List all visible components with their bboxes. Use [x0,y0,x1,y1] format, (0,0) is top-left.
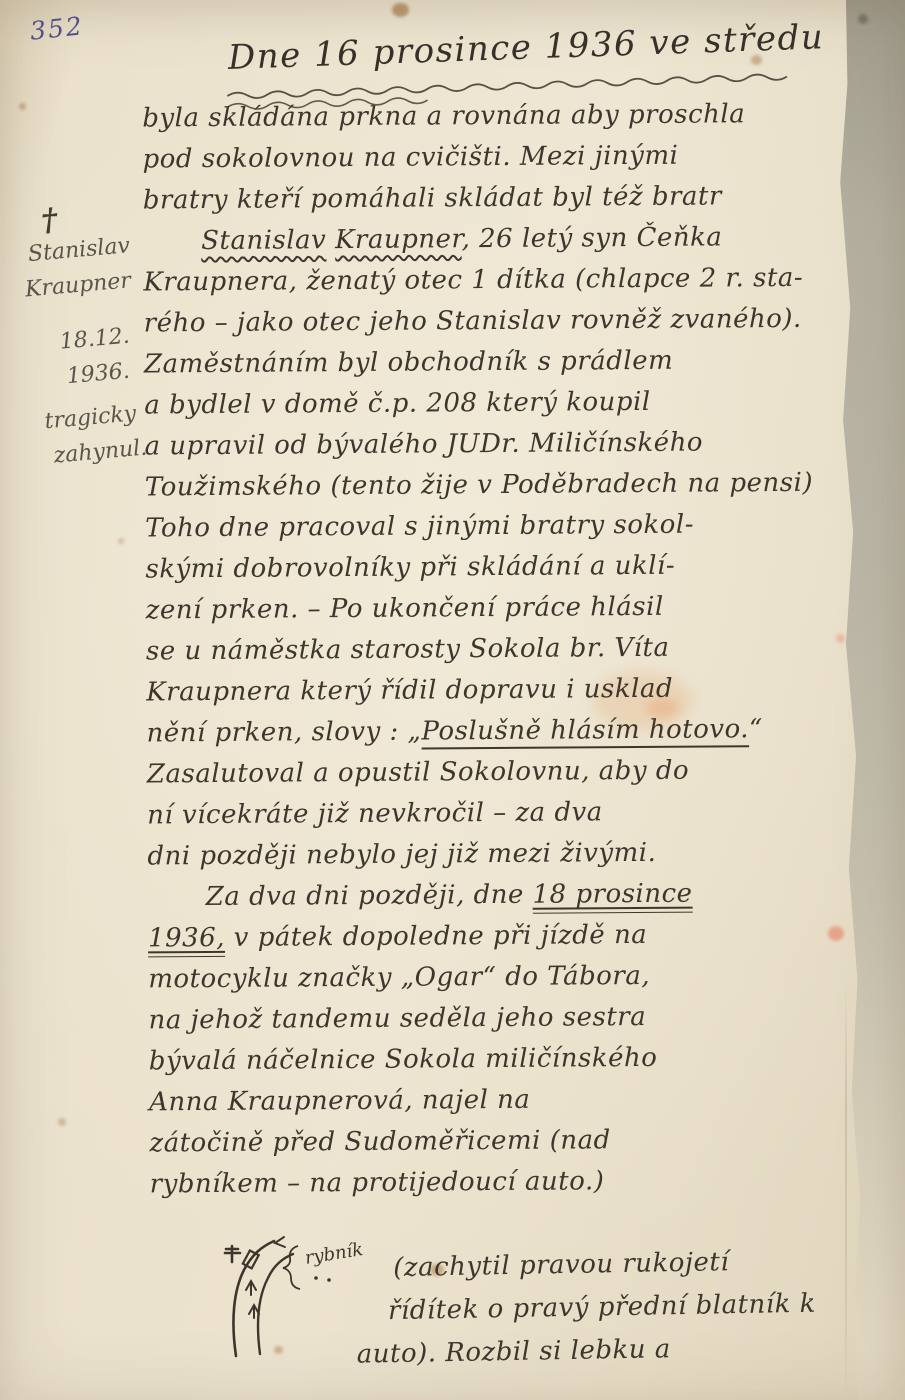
text-segment: se u náměstka starosty Sokola br. Víta [146,633,670,667]
handwritten-line: zení prken. – Po ukončení práce hlásil [146,586,846,632]
text-segment: bratry kteří pomáhali skládat byl též br… [143,181,722,215]
text-segment: dni později nebylo jej již mezi živými. [147,838,656,872]
text-segment [326,225,335,255]
after-sketch-lines: (zachytil pravou rukojetířídítek o pravý… [351,1238,898,1376]
handwritten-line: motocyklu značky „Ogar“ do Tábora, [148,955,848,1001]
underlined-text: 18 prosince [532,879,692,914]
text-segment: , 26 letý syn Čeňka [461,222,722,254]
oncoming-arrow [275,1237,285,1247]
underlined-text: Poslušně hlásím hotovo. [421,714,749,746]
handwriting-body: byla skládána prkna a rovnána aby prosch… [142,94,850,1206]
handwritten-line: bratry kteří pomáhali skládat byl též br… [143,176,843,222]
text-segment: nění prken, slovy : „ [146,717,421,749]
handwritten-line: a upravil od bývalého JUDr. Miličínského [144,422,844,468]
handwritten-line: byla skládána prkna a rovnána aby prosch… [142,94,842,140]
underlined-text: Kraupner [335,224,462,255]
handwritten-line: skými dobrovolníky při skládání a uklí- [145,545,845,591]
handwritten-line: a bydlel v domě č.p. 208 který koupil [144,381,844,427]
age-spot [19,103,26,110]
text-segment: a upravil od bývalého JUDr. Miličínského [144,428,703,462]
page-number: 352 [29,11,85,45]
age-spot [118,538,124,544]
text-segment: rého – jako otec jeho Stanislav rovněž z… [144,304,802,339]
text-segment: “ [749,714,763,744]
road-lines [233,1241,293,1356]
underlined-text: 1936, [148,923,225,958]
text-segment: Anna Kraupnerová, najel na [149,1085,530,1118]
handwritten-line: Za dva dni později, dne 18 prosince [148,873,848,919]
text-segment: Toho dne pracoval s jinými bratry sokol- [145,510,694,544]
handwritten-line: zátočině před Sudoměřicemi (nad [149,1119,849,1165]
handwritten-line: se u náměstka starosty Sokola br. Víta [146,627,846,673]
handwritten-line: nění prken, slovy : „Poslušně hlásím hot… [146,709,846,755]
age-spot [58,1118,66,1126]
handwritten-line: ní vícekráte již nevkročil – za dva [147,791,847,837]
handwritten-line: dni později nebylo jej již mezi živými. [147,832,847,878]
handwritten-line: bývalá náčelnice Sokola miličínského [149,1037,849,1083]
text-segment: zátočině před Sudoměřicemi (nad [149,1125,610,1158]
text-segment: v pátek dopoledne při jízdě na [225,920,648,953]
text-segment: motocyklu značky „Ogar“ do Tábora, [148,961,650,995]
text-segment: Kraupnera, ženatý otec 1 dítka (chlapce … [143,263,803,298]
text-segment: ní vícekráte již nevkročil – za dva [147,797,603,830]
handwritten-line: Toužimského (tento žije v Poděbradech na… [145,463,845,509]
handwritten-line: na jehož tandemu seděla jeho sestra [148,996,848,1042]
age-spot [392,3,409,17]
text-segment: pod sokolovnou na cvičišti. Mezi jinými [142,141,678,175]
handwritten-line: Stanislav Kraupner, 26 letý syn Čeňka [143,217,843,263]
text-segment: zení prken. – Po ukončení práce hlásil [146,592,664,626]
text-segment: Kraupnera který řídil dopravu i usklad [146,674,673,708]
text-segment: na jehož tandemu seděla jeho sestra [148,1002,646,1035]
handwritten-line: Zasalutoval a opustil Sokolovnu, aby do [147,750,847,796]
handwritten-line: Kraupnera, ženatý otec 1 dítka (chlapce … [143,258,843,304]
manuscript-page: 352 Dne 16 prosince 1936 ve středu † Sta… [0,0,905,1400]
text-segment: rybníkem – na protijedoucí auto.) [150,1166,605,1199]
handwritten-line: rybníkem – na protijedoucí auto.) [150,1160,850,1206]
text-segment: byla skládána prkna a rovnána aby prosch… [142,99,745,133]
handwritten-line: Anna Kraupnerová, najel na [149,1078,849,1124]
text-segment: Toužimského (tento žije v Poděbradech na… [145,468,813,503]
text-segment: bývalá náčelnice Sokola miličínského [149,1043,658,1077]
handwritten-line: 1936, v pátek dopoledne při jízdě na [148,914,848,960]
pond-dots [314,1276,331,1282]
text-segment: Zasalutoval a opustil Sokolovnu, aby do [147,756,689,790]
travel-direction-arrows [246,1281,259,1318]
text-segment: Zaměstnáním byl obchodník s prádlem [144,346,673,380]
handwritten-line: Zaměstnáním byl obchodník s prádlem [144,340,844,386]
pond-brace [283,1246,300,1289]
handwritten-line: Kraupnera který řídil dopravu i usklad [146,668,846,714]
handwritten-line: Toho dne pracoval s jinými bratry sokol- [145,504,845,550]
text-segment: skými dobrovolníky při skládání a uklí- [145,551,675,585]
text-segment: Za dva dni později, dne [206,880,533,912]
underlined-text: Stanislav [201,225,326,256]
handwritten-line: rého – jako otec jeho Stanislav rovněž z… [144,299,844,345]
handwritten-line: auto). Rozbil si lebku a [356,1324,898,1376]
handwritten-line: pod sokolovnou na cvičišti. Mezi jinými [142,135,842,181]
page-title: Dne 16 prosince 1936 ve středu [227,17,828,78]
crash-cross-icon [225,1246,240,1262]
text-segment: a bydlel v domě č.p. 208 který koupil [144,387,651,421]
